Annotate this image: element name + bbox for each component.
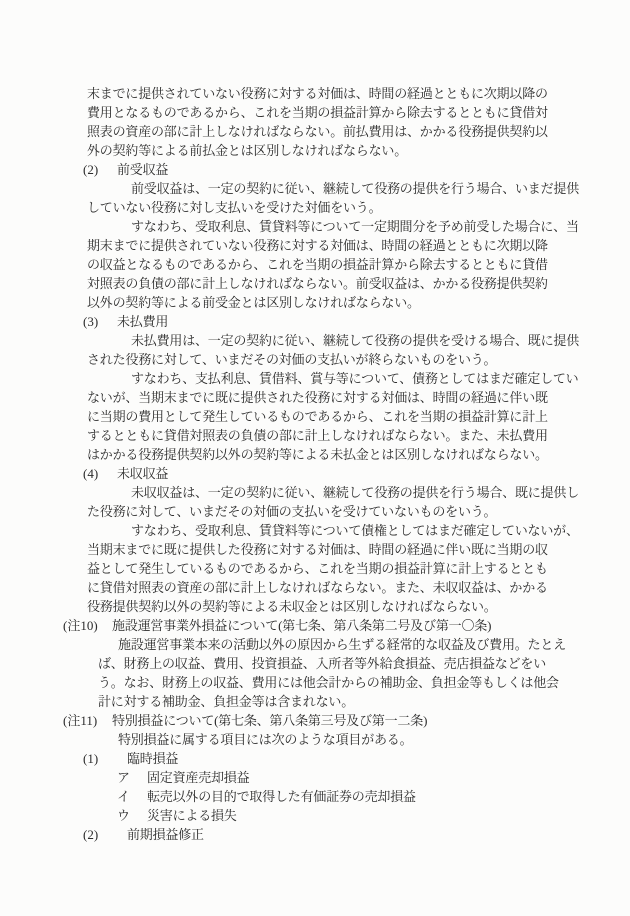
- item-label: 未払費用: [117, 314, 168, 329]
- item-marker: ウ: [117, 806, 147, 825]
- paragraph-first-line: すなわち、受取利息、賃貸料等について一定期間分を予め前受した場合に、当: [131, 217, 630, 236]
- text-line: 計に対する補助金、負担金等は含まれない。: [98, 692, 630, 711]
- item-marker: (3): [83, 312, 117, 331]
- katakana-item-line: イ転売以外の目的で取得した有価証券の売却損益: [117, 787, 630, 806]
- numbered-item-line: (3)未払費用: [83, 312, 630, 331]
- text-line: 末までに提供されていない役務に対する対価は、時間の経過とともに次期以降の: [87, 84, 630, 103]
- item-marker: (2): [83, 160, 117, 179]
- paragraph-first-line: すなわち、支払利息、賃借料、賞与等について、債務としてはまだ確定してい: [131, 369, 630, 388]
- item-label: 施設運営事業外損益について(第七条、第八条第二号及び第一〇条): [112, 618, 491, 633]
- note-heading-line: (注11)特別損益について(第七条、第八条第三号及び第一二条): [63, 711, 630, 730]
- item-label: 前期損益修正: [127, 827, 204, 842]
- item-label: 臨時損益: [127, 751, 178, 766]
- numbered-item-line: (2)前受収益: [83, 160, 630, 179]
- text-line: 外の契約等による前払金とは区別しなければならない。: [87, 141, 630, 160]
- text-line: するとともに貸借対照表の負債の部に計上しなければならない。また、未払費用: [87, 426, 630, 445]
- item-label: 未収収益: [117, 466, 168, 481]
- item-label: 特別損益について(第七条、第八条第三号及び第一二条): [112, 713, 427, 728]
- text-line: 以外の契約等による前受金とは区別しなければならない。: [87, 293, 630, 312]
- numbered-item-line: (2)前期損益修正: [83, 825, 630, 844]
- item-marker: (注10): [63, 616, 112, 635]
- text-line: 役務提供契約以外の契約等による未収金とは区別しなければならない。: [87, 597, 630, 616]
- text-line: た役務に対して、いまだその対価の支払いを受けていないものをいう。: [87, 502, 630, 521]
- item-label: 災害による損失: [147, 808, 237, 823]
- item-label: 転売以外の目的で取得した有価証券の売却損益: [147, 789, 416, 804]
- paragraph-first-line: 未収収益は、一定の契約に従い、継続して役務の提供を行う場合、既に提供し: [131, 483, 630, 502]
- item-marker: (1): [83, 749, 127, 768]
- paragraph-first-line: 前受収益は、一定の契約に従い、継続して役務の提供を行う場合、いまだ提供: [131, 179, 630, 198]
- text-line: はかかる役務提供契約以外の契約等による未払金とは区別しなければならない。: [87, 445, 630, 464]
- text-line: された役務に対して、いまだその対価の支払いが終らないものをいう。: [87, 350, 630, 369]
- document-page: 末までに提供されていない役務に対する対価は、時間の経過とともに次期以降の費用とな…: [0, 0, 630, 916]
- paragraph-first-line: 施設運営事業本来の活動以外の原因から生ずる経常的な収益及び費用。たとえ: [118, 635, 630, 654]
- item-marker: イ: [117, 787, 147, 806]
- numbered-item-line: (4)未収収益: [83, 464, 630, 483]
- text-line: に当期の費用として発生しているものであるから、これを当期の損益計算に計上: [87, 407, 630, 426]
- numbered-item-line: (1)臨時損益: [83, 749, 630, 768]
- item-marker: (4): [83, 464, 117, 483]
- item-label: 前受収益: [117, 162, 168, 177]
- text-line: に貸借対照表の資産の部に計上しなければならない。また、未収収益は、かかる: [87, 578, 630, 597]
- paragraph-first-line: 特別損益に属する項目には次のような項目がある。: [118, 730, 630, 749]
- item-marker: (2): [83, 825, 127, 844]
- text-line: 照表の資産の部に計上しなければならない。前払費用は、かかる役務提供契約以: [87, 122, 630, 141]
- text-line: う。なお、財務上の収益、費用には他会計からの補助金、負担金等もしくは他会: [98, 673, 630, 692]
- text-line: の収益となるものであるから、これを当期の損益計算から除去するとともに貸借: [87, 255, 630, 274]
- text-line: 当期末までに既に提供した役務に対する対価は、時間の経過に伴い既に当期の収: [87, 540, 630, 559]
- text-line: ば、財務上の収益、費用、投資損益、入所者等外給食損益、売店損益などをい: [98, 654, 630, 673]
- text-line: 対照表の負債の部に計上しなければならない。前受収益は、かかる役務提供契約: [87, 274, 630, 293]
- item-label: 固定資産売却損益: [147, 770, 249, 785]
- item-marker: (注11): [63, 711, 112, 730]
- paragraph-first-line: 未払費用は、一定の契約に従い、継続して役務の提供を受ける場合、既に提供: [131, 331, 630, 350]
- item-marker: ア: [117, 768, 147, 787]
- text-line: ないが、当期末までに既に提供された役務に対する対価は、時間の経過に伴い既: [87, 388, 630, 407]
- katakana-item-line: ア固定資産売却損益: [117, 768, 630, 787]
- text-line: 益として発生しているものであるから、これを当期の損益計算に計上するととも: [87, 559, 630, 578]
- text-line: 費用となるものであるから、これを当期の損益計算から除去するとともに貸借対: [87, 103, 630, 122]
- paragraph-first-line: すなわち、受取利息、賃貸料等について債権としてはまだ確定していないが、: [131, 521, 630, 540]
- text-line: 期末までに提供されていない役務に対する対価は、時間の経過とともに次期以降: [87, 236, 630, 255]
- note-heading-line: (注10)施設運営事業外損益について(第七条、第八条第二号及び第一〇条): [63, 616, 630, 635]
- text-line: していない役務に対し支払いを受けた対価をいう。: [87, 198, 630, 217]
- katakana-item-line: ウ災害による損失: [117, 806, 630, 825]
